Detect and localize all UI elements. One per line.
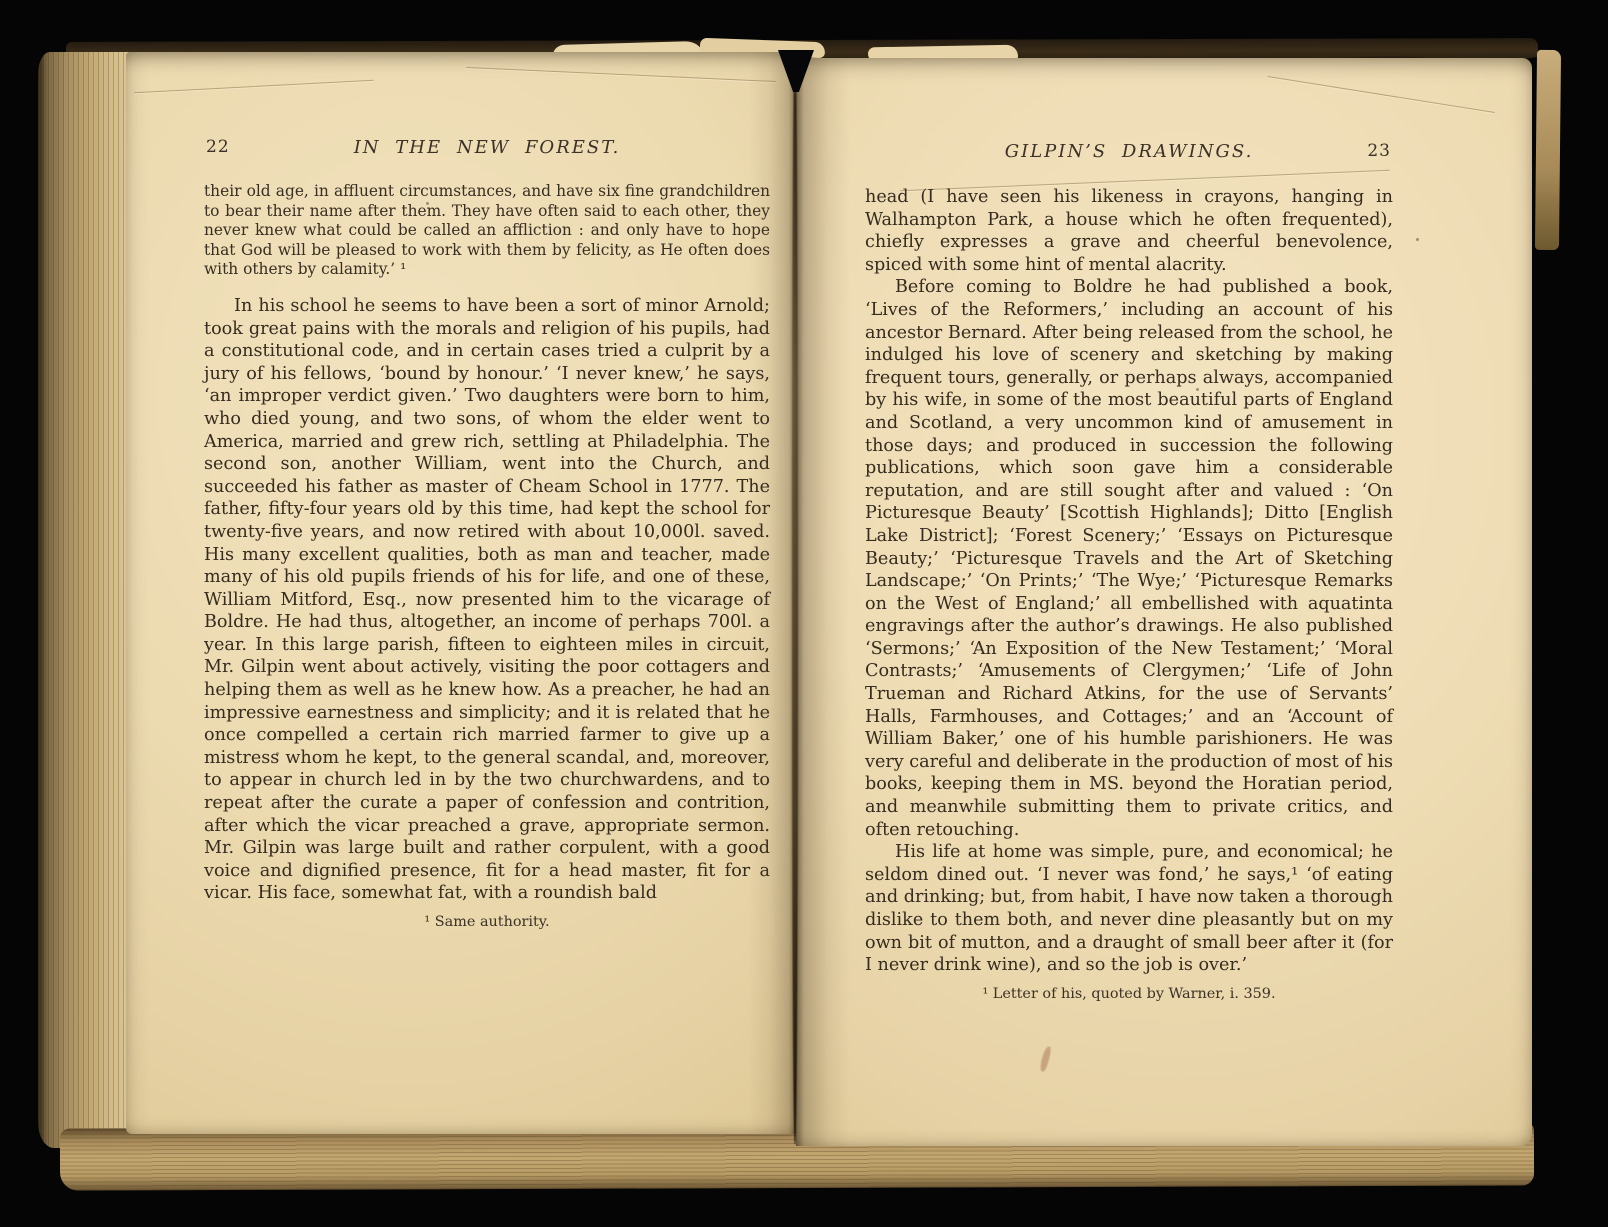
right-body-paragraph: His life at home was simple, pure, and e… [865, 841, 1393, 977]
right-body-paragraph: head (I have seen his likeness in crayon… [865, 186, 1393, 276]
paper-speck [1416, 238, 1419, 241]
left-page-header: 22 IN THE NEW FOREST. [204, 136, 770, 160]
left-page-stack-edge [38, 52, 132, 1148]
right-page: GILPIN’S DRAWINGS. 23 head (I have seen … [796, 58, 1532, 1146]
right-running-header: GILPIN’S DRAWINGS. [865, 140, 1393, 164]
right-page-paragraphs: head (I have seen his likeness in crayon… [865, 186, 1393, 977]
left-page: 22 IN THE NEW FOREST. their old age, in … [126, 52, 796, 1134]
left-running-header: IN THE NEW FOREST. [204, 136, 770, 160]
paper-stain [1039, 1046, 1052, 1073]
right-page-text-column: GILPIN’S DRAWINGS. 23 head (I have seen … [865, 140, 1393, 1002]
page-crease [134, 80, 374, 94]
right-page-header: GILPIN’S DRAWINGS. 23 [865, 140, 1393, 164]
left-footnote: ¹ Same authority. [204, 914, 770, 930]
right-page-stack-edge [1535, 50, 1561, 250]
left-page-number: 22 [206, 137, 230, 157]
open-book: 22 IN THE NEW FOREST. their old age, in … [38, 40, 1562, 1192]
left-body-paragraph: In his school he seems to have been a so… [204, 295, 770, 905]
right-page-number: 23 [1367, 141, 1391, 161]
quote-continuation-paragraph: their old age, in affluent circumstances… [204, 182, 770, 280]
page-crease [1267, 76, 1494, 113]
book-gutter [792, 54, 798, 1144]
left-page-text-column: 22 IN THE NEW FOREST. their old age, in … [204, 136, 770, 930]
right-footnote: ¹ Letter of his, quoted by Warner, i. 35… [865, 986, 1393, 1002]
book-photograph: 22 IN THE NEW FOREST. their old age, in … [0, 0, 1608, 1227]
page-crease [466, 67, 776, 82]
right-body-paragraph: Before coming to Boldre he had published… [865, 276, 1393, 841]
